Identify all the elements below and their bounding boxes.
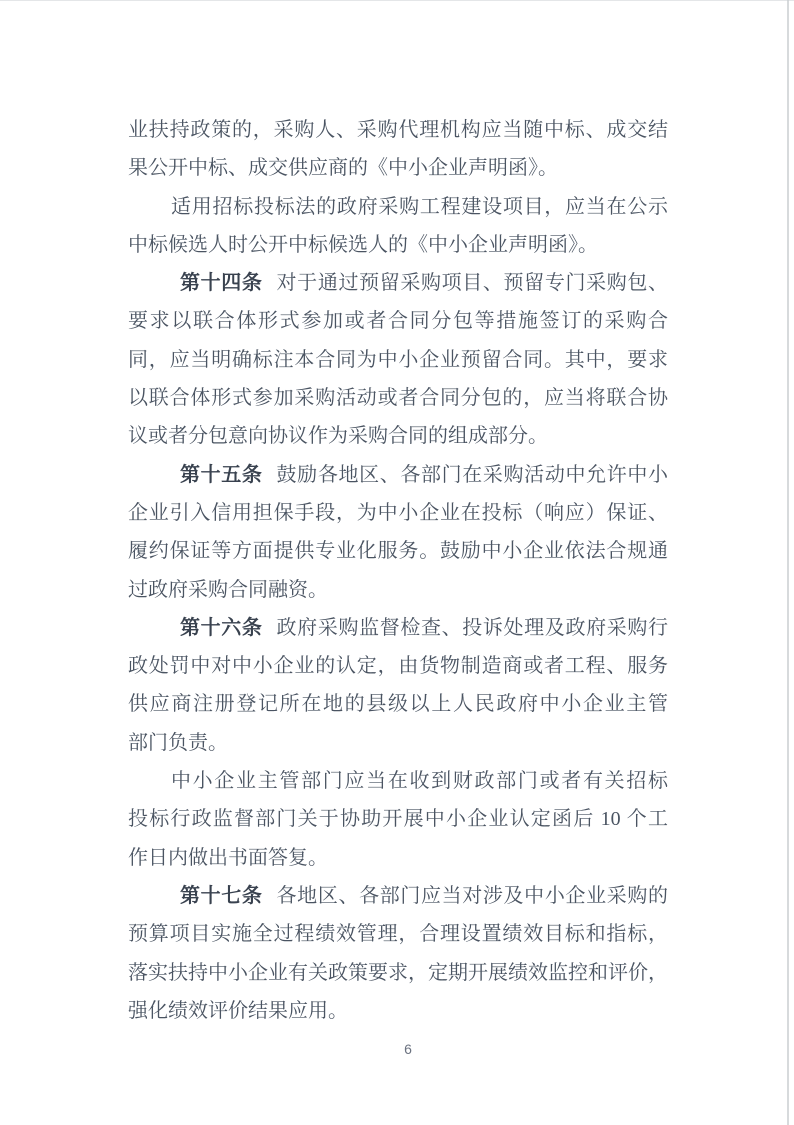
- article-number: 第十六条: [180, 617, 263, 639]
- line-text: 果公开中标、成交供应商的《中小企业声明函》。: [128, 157, 558, 179]
- line-text: 同，应当明确标注本合同为中小企业预留合同。其中，要求: [128, 349, 668, 371]
- article-number: 第十四条: [180, 272, 263, 294]
- text-line: 第十五条鼓励各地区、各部门在采购活动中允许中小: [128, 456, 668, 494]
- text-line: 第十四条对于通过预留采购项目、预留专门采购包、: [128, 264, 668, 302]
- line-text: 企业引入信用担保手段，为中小企业在投标（响应）保证、: [128, 502, 668, 524]
- article-number: 第十五条: [180, 464, 263, 486]
- text-line: 第十七条各地区、各部门应当对涉及中小企业采购的: [128, 877, 668, 915]
- document-page: { "document": { "lines": [ {"indent": 0,…: [0, 0, 794, 1125]
- line-text: 投标行政监督部门关于协助开展中小企业认定函后 10 个工: [128, 808, 668, 830]
- line-text: 强化绩效评价结果应用。: [128, 1000, 348, 1022]
- line-text: 鼓励各地区、各部门在采购活动中允许中小: [277, 464, 668, 486]
- line-text: 以联合体形式参加采购活动或者合同分包的，应当将联合协: [128, 387, 668, 409]
- line-text: 过政府采购合同融资。: [128, 579, 328, 601]
- line-text: 政处罚中对中小企业的认定，由货物制造商或者工程、服务: [128, 655, 668, 677]
- scan-edge-right: [787, 0, 789, 1125]
- text-line: 供应商注册登记所在地的县级以上人民政府中小企业主管: [128, 685, 668, 723]
- line-text: 适用招标投标法的政府采购工程建设项目，应当在公示: [171, 196, 668, 218]
- text-line: 以联合体形式参加采购活动或者合同分包的，应当将联合协: [128, 379, 668, 417]
- text-line: 第十六条政府采购监督检查、投诉处理及政府采购行: [128, 609, 668, 647]
- document-text-block: 业扶持政策的，采购人、采购代理机构应当随中标、成交结果公开中标、成交供应商的《中…: [128, 111, 668, 1030]
- line-text: 议或者分包意向协议作为采购合同的组成部分。: [128, 425, 548, 447]
- line-text: 各地区、各部门应当对涉及中小企业采购的: [277, 885, 668, 907]
- text-line: 中标候选人时公开中标候选人的《中小企业声明函》。: [128, 226, 668, 264]
- scan-edge-top: [0, 0, 794, 1]
- line-text: 供应商注册登记所在地的县级以上人民政府中小企业主管: [128, 693, 668, 715]
- text-line: 企业引入信用担保手段，为中小企业在投标（响应）保证、: [128, 494, 668, 532]
- text-line: 议或者分包意向协议作为采购合同的组成部分。: [128, 417, 668, 455]
- line-text: 履约保证等方面提供专业化服务。鼓励中小企业依法合规通: [128, 540, 668, 562]
- article-number: 第十七条: [180, 885, 263, 907]
- line-text: 作日内做出书面答复。: [128, 847, 328, 869]
- line-text: 政府采购监督检查、投诉处理及政府采购行: [277, 617, 668, 639]
- line-text: 要求以联合体形式参加或者合同分包等措施签订的采购合: [128, 310, 668, 332]
- line-text: 对于通过预留采购项目、预留专门采购包、: [277, 272, 668, 294]
- line-text: 中小企业主管部门应当在收到财政部门或者有关招标: [171, 770, 668, 792]
- text-line: 预算项目实施全过程绩效管理，合理设置绩效目标和指标，: [128, 915, 668, 953]
- line-text: 部门负责。: [128, 732, 228, 754]
- text-line: 部门负责。: [128, 724, 668, 762]
- line-text: 业扶持政策的，采购人、采购代理机构应当随中标、成交结: [128, 119, 668, 141]
- text-line: 业扶持政策的，采购人、采购代理机构应当随中标、成交结: [128, 111, 668, 149]
- text-line: 投标行政监督部门关于协助开展中小企业认定函后 10 个工: [128, 800, 668, 838]
- text-line: 作日内做出书面答复。: [128, 839, 668, 877]
- line-text: 落实扶持中小企业有关政策要求，定期开展绩效监控和评价，: [128, 962, 668, 984]
- text-line: 落实扶持中小企业有关政策要求，定期开展绩效监控和评价，: [128, 954, 668, 992]
- text-line: 政处罚中对中小企业的认定，由货物制造商或者工程、服务: [128, 647, 668, 685]
- text-line: 要求以联合体形式参加或者合同分包等措施签订的采购合: [128, 302, 668, 340]
- page-number: 6: [0, 1041, 794, 1057]
- text-line: 履约保证等方面提供专业化服务。鼓励中小企业依法合规通: [128, 532, 668, 570]
- text-line: 中小企业主管部门应当在收到财政部门或者有关招标: [128, 762, 668, 800]
- line-text: 预算项目实施全过程绩效管理，合理设置绩效目标和指标，: [128, 923, 668, 945]
- text-line: 强化绩效评价结果应用。: [128, 992, 668, 1030]
- text-line: 同，应当明确标注本合同为中小企业预留合同。其中，要求: [128, 341, 668, 379]
- text-line: 适用招标投标法的政府采购工程建设项目，应当在公示: [128, 188, 668, 226]
- text-line: 果公开中标、成交供应商的《中小企业声明函》。: [128, 149, 668, 187]
- text-line: 过政府采购合同融资。: [128, 571, 668, 609]
- line-text: 中标候选人时公开中标候选人的《中小企业声明函》。: [128, 234, 598, 256]
